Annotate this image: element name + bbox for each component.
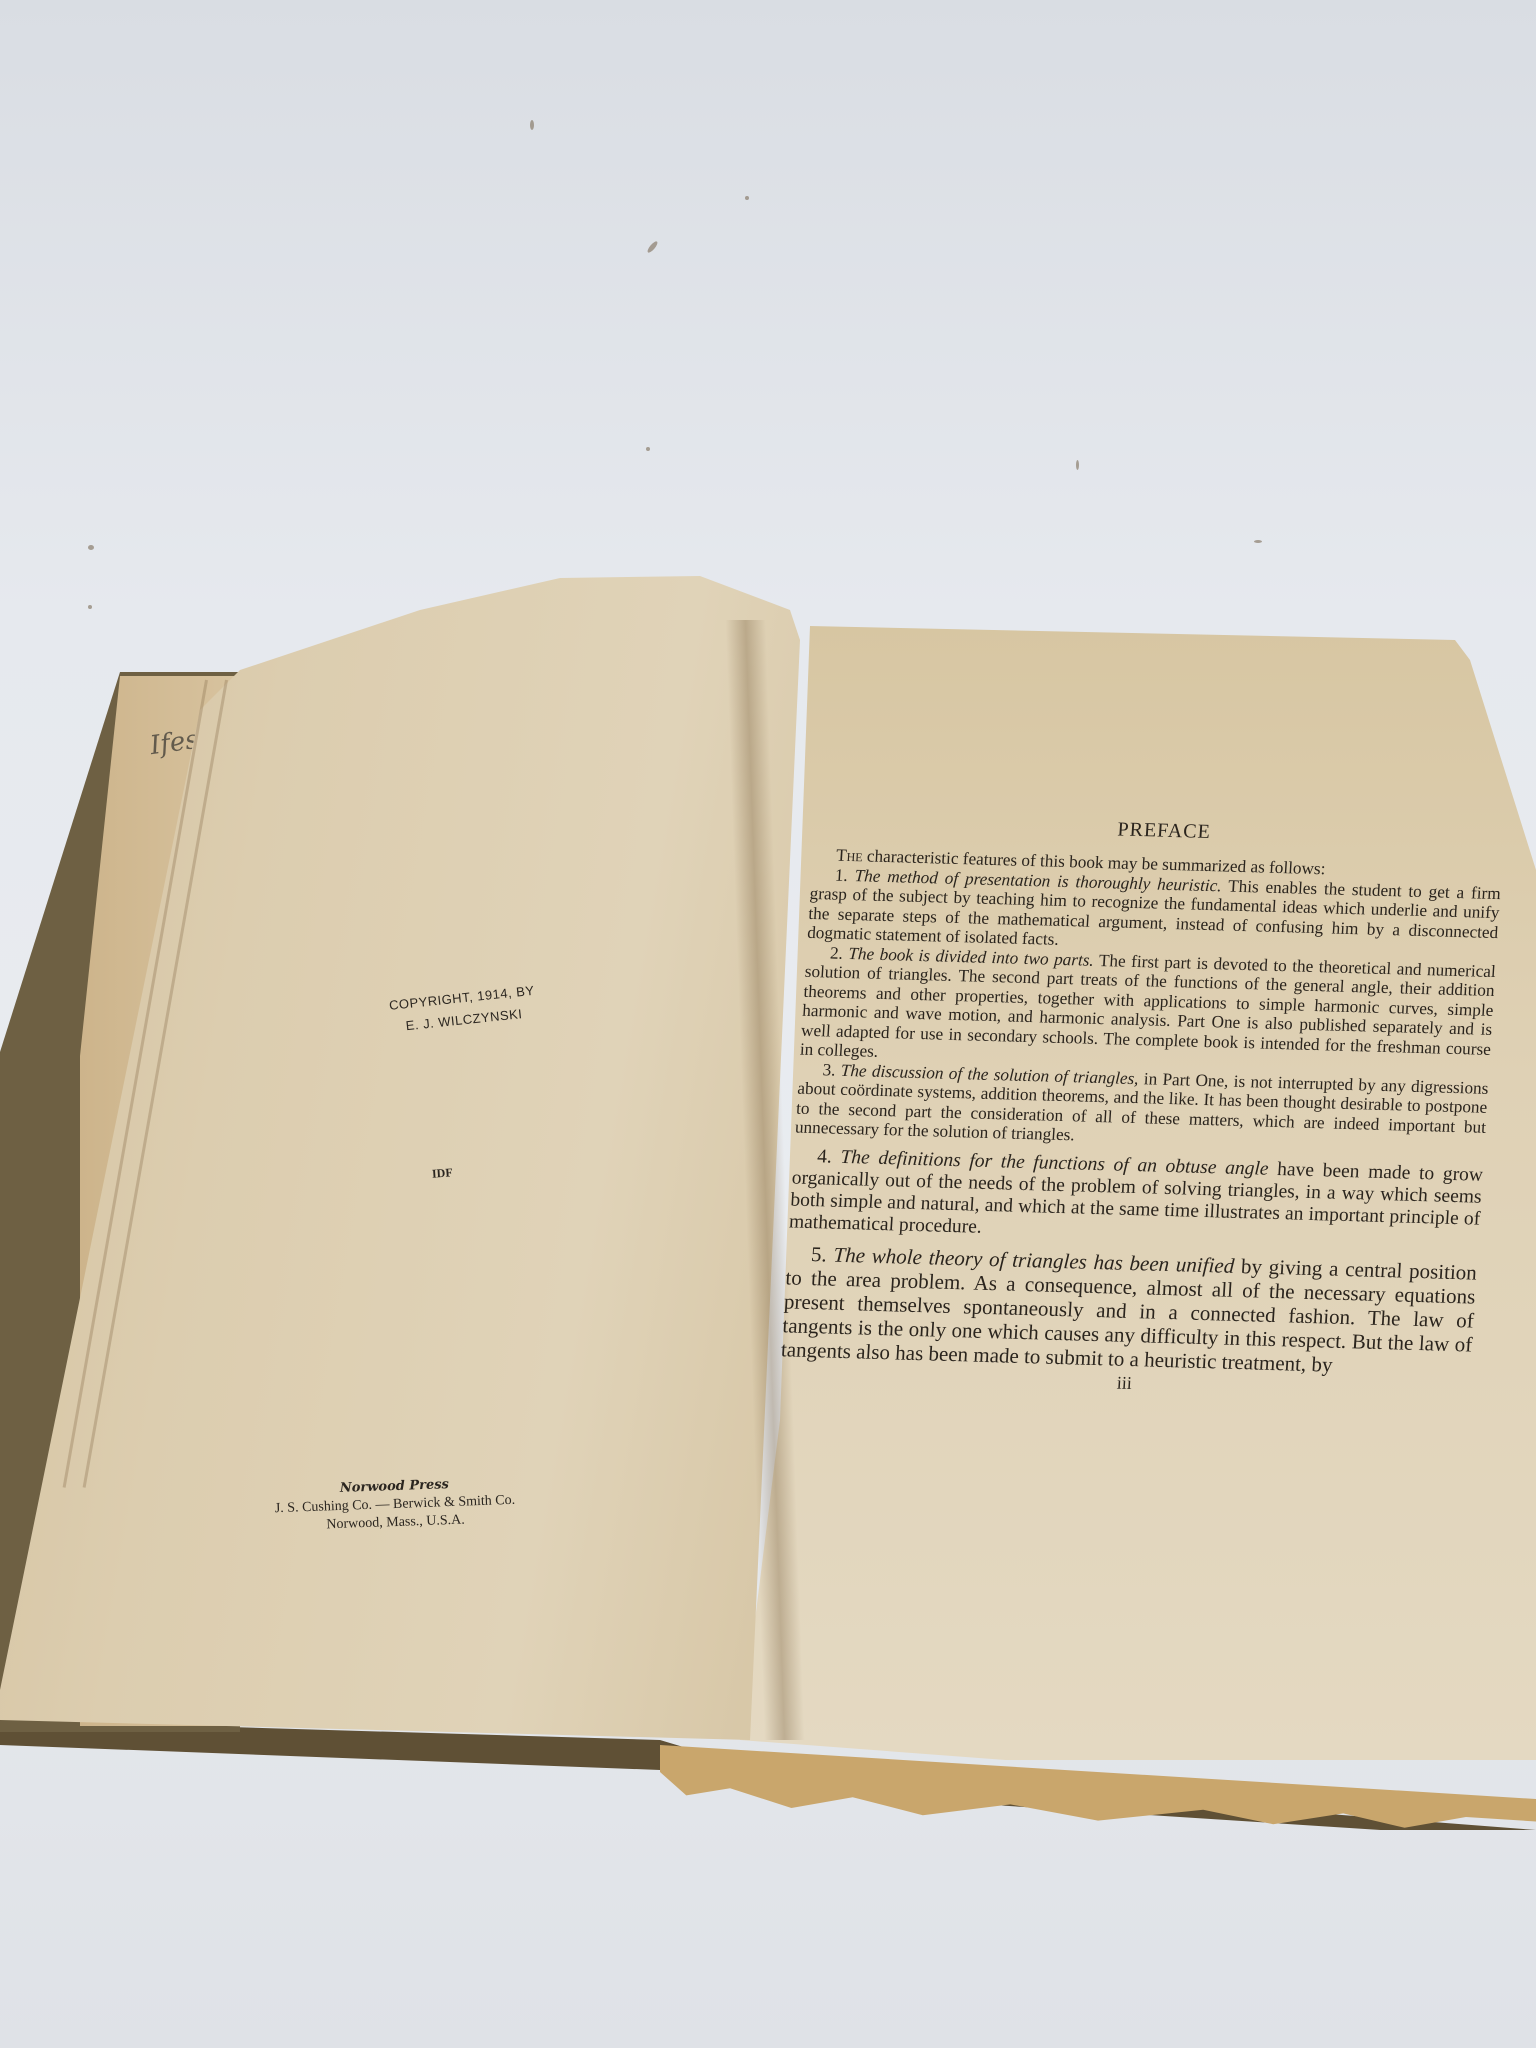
dust-speck [1076, 460, 1079, 470]
item-text: The first part is devoted to the theoret… [799, 950, 1496, 1060]
dust-speck [745, 196, 749, 200]
item-number: 5. [810, 1242, 827, 1266]
preface-item: 2. The book is divided into two parts. T… [799, 942, 1496, 1078]
preface-item: 5. The whole theory of triangles has bee… [780, 1241, 1477, 1380]
dust-speck [646, 447, 650, 451]
dust-speck [530, 120, 534, 130]
dust-speck [88, 545, 94, 550]
item-number: 3. [822, 1060, 836, 1079]
preface-text-block: PREFACE The characteristic features of t… [779, 810, 1505, 1403]
printer-code: IDF [432, 1165, 454, 1181]
item-number: 1. [834, 865, 848, 884]
item-number: 2. [829, 943, 843, 962]
intro-lead-word: The [836, 846, 864, 866]
preface-item: 4. The definitions for the functions of … [788, 1145, 1483, 1252]
dust-speck [1254, 540, 1262, 543]
item-number: 4. [817, 1146, 833, 1167]
dust-speck [646, 240, 659, 254]
dust-speck [88, 605, 92, 609]
printer-imprint: Norwood Press J. S. Cushing Co. — Berwic… [249, 1473, 541, 1537]
